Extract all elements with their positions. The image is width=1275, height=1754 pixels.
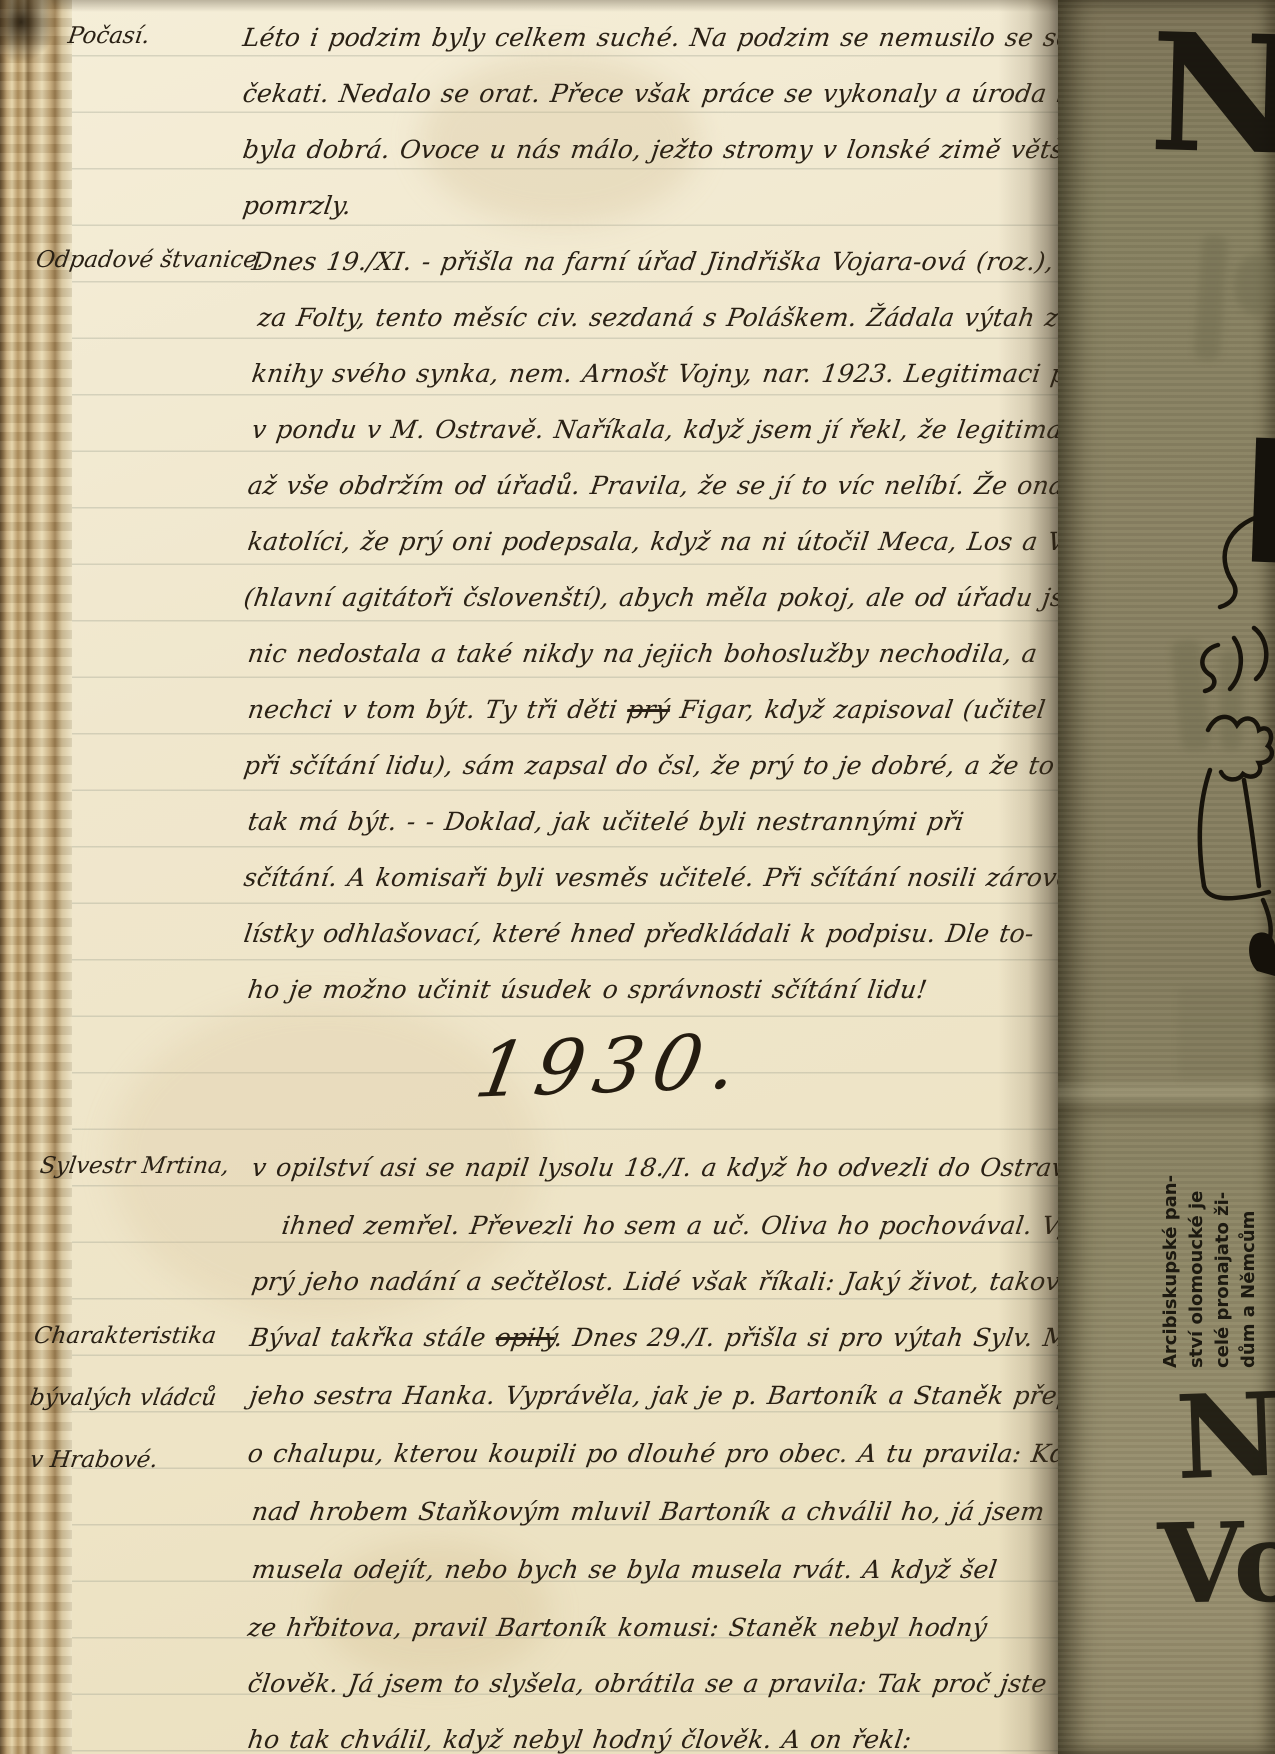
newspaper-rotated-caption: Arcibiskupské pan- ství olomoucké je cel… bbox=[1158, 1118, 1262, 1368]
line-segment: Figar, když zapisoval (učitel bbox=[668, 695, 1047, 724]
handwritten-line: jeho sestra Hanka. Vyprávěla, jak je p. … bbox=[248, 1380, 1058, 1411]
handwritten-line: za Folty, tento měsíc civ. sezdaná s Pol… bbox=[256, 302, 1058, 333]
caption-line: celé pronajato ži- bbox=[1210, 1118, 1236, 1368]
handwritten-line: Léto i podzim byly celkem suché. Na podz… bbox=[241, 22, 1058, 53]
struck-word: prý bbox=[625, 695, 672, 724]
handwritten-line: ho tak chválil, když nebyl hodný člověk.… bbox=[246, 1724, 914, 1754]
handwritten-line: v opilství asi se napil lysolu 18./I. a … bbox=[250, 1152, 1058, 1183]
handwritten-line: ze hřbitova, pravil Bartoník komusi: Sta… bbox=[246, 1612, 989, 1643]
handwritten-line: lístky odhlašovací, které hned předkláda… bbox=[242, 918, 1036, 949]
caption-line: Arcibiskupské pan- bbox=[1158, 1118, 1184, 1368]
margin-heading-charakteristika-1: Charakteristika bbox=[32, 1322, 218, 1351]
handwritten-line: nechci v tom být. Ty tři děti prý Figar,… bbox=[246, 694, 1048, 725]
handwritten-manuscript: Počasí. Odpadové štvanice. Sylvestr Mrti… bbox=[0, 0, 1058, 1754]
margin-heading-charakteristika-2: bývalých vládců bbox=[28, 1384, 218, 1413]
handwritten-line: při sčítání lidu), sám zapsal do čsl, že… bbox=[242, 750, 1057, 781]
year-heading-1930: 1930. bbox=[470, 1023, 753, 1108]
handwritten-line: musela odejít, nebo bych se byla musela … bbox=[250, 1554, 999, 1585]
newspaper-headline-fragment-bottom: Vol bbox=[1157, 1506, 1275, 1619]
newspaper-headline-fragment-top: Ne bbox=[1174, 1375, 1275, 1496]
handwritten-line: čekati. Nedalo se orat. Přece však práce… bbox=[241, 78, 1058, 109]
handwritten-line: člověk. Já jsem to slyšela, obrátila se … bbox=[246, 1668, 1049, 1699]
struck-word: opilý bbox=[494, 1323, 557, 1352]
page-fold-shadow bbox=[998, 0, 1058, 1754]
handwritten-line: ho je možno učinit úsudek o správnosti s… bbox=[246, 974, 929, 1005]
margin-heading-odpadove: Odpadové štvanice. bbox=[34, 246, 266, 275]
show-through-ghost bbox=[1234, 255, 1275, 315]
handwritten-line: pomrzly. bbox=[241, 190, 354, 221]
margin-heading-sylvestr: Sylvestr Mrtina, bbox=[38, 1152, 231, 1181]
line-segment: . Dnes 29./I. přišla si pro výtah Sylv. … bbox=[553, 1323, 1058, 1352]
handwritten-line: tak má být. - - Doklad, jak učitelé byli… bbox=[246, 806, 966, 837]
handwritten-line: nic nedostala a také nikdy na jejich boh… bbox=[246, 638, 1039, 669]
handwritten-line: nad hrobem Staňkovým mluvil Bartoník a c… bbox=[250, 1496, 1047, 1527]
handwritten-line: katolíci, že prý oni podepsala, když na … bbox=[246, 526, 1058, 557]
handwritten-line: Dnes 19./XI. - přišla na farní úřad Jind… bbox=[250, 246, 1058, 277]
margin-heading-charakteristika-3: v Hrabové. bbox=[28, 1446, 160, 1475]
handwritten-line: knihy svého synka, nem. Arnošt Vojny, na… bbox=[250, 358, 1058, 389]
caption-line: ství olomoucké je bbox=[1184, 1118, 1210, 1368]
handwritten-line: ihned zemřel. Převezli ho sem a uč. Oliv… bbox=[280, 1210, 1058, 1241]
margin-heading-pocasi: Počasí. bbox=[66, 22, 152, 51]
newspaper-masthead-fragment: NO bbox=[1148, 12, 1275, 182]
handwritten-line: (hlavní agitátoři čslovenští), abych měl… bbox=[242, 582, 1058, 613]
caption-line: dům a Němcům bbox=[1236, 1118, 1262, 1368]
handwritten-line: byla dobrá. Ovoce u nás málo, ježto stro… bbox=[241, 134, 1058, 165]
handwritten-line: sčítání. A komisaři byli vesměs učitelé.… bbox=[242, 862, 1058, 893]
handwritten-line: o chalupu, kterou koupili po dlouhé pro … bbox=[246, 1438, 1058, 1469]
handwritten-line: Býval takřka stále opilý. Dnes 29./I. př… bbox=[248, 1322, 1058, 1353]
newspaper-clipping-strip: NO Arcibiskupské pan- ství olomoucké je … bbox=[1058, 0, 1275, 1754]
newspaper-caricature-drawing bbox=[1058, 430, 1275, 1030]
newspaper-print-fragment bbox=[1252, 438, 1275, 563]
handwritten-line: až vše obdržím od úřadů. Pravila, že se … bbox=[246, 470, 1058, 501]
line-segment: Býval takřka stále bbox=[248, 1323, 498, 1352]
handwritten-line: prý jeho nadání a sečtělost. Lidé však ř… bbox=[250, 1266, 1058, 1297]
handwritten-line: v pondu v M. Ostravě. Naříkala, když jse… bbox=[250, 414, 1058, 445]
line-segment: nechci v tom být. Ty tři děti bbox=[246, 695, 629, 724]
chronicle-page-scan: Počasí. Odpadové štvanice. Sylvestr Mrti… bbox=[0, 0, 1275, 1754]
